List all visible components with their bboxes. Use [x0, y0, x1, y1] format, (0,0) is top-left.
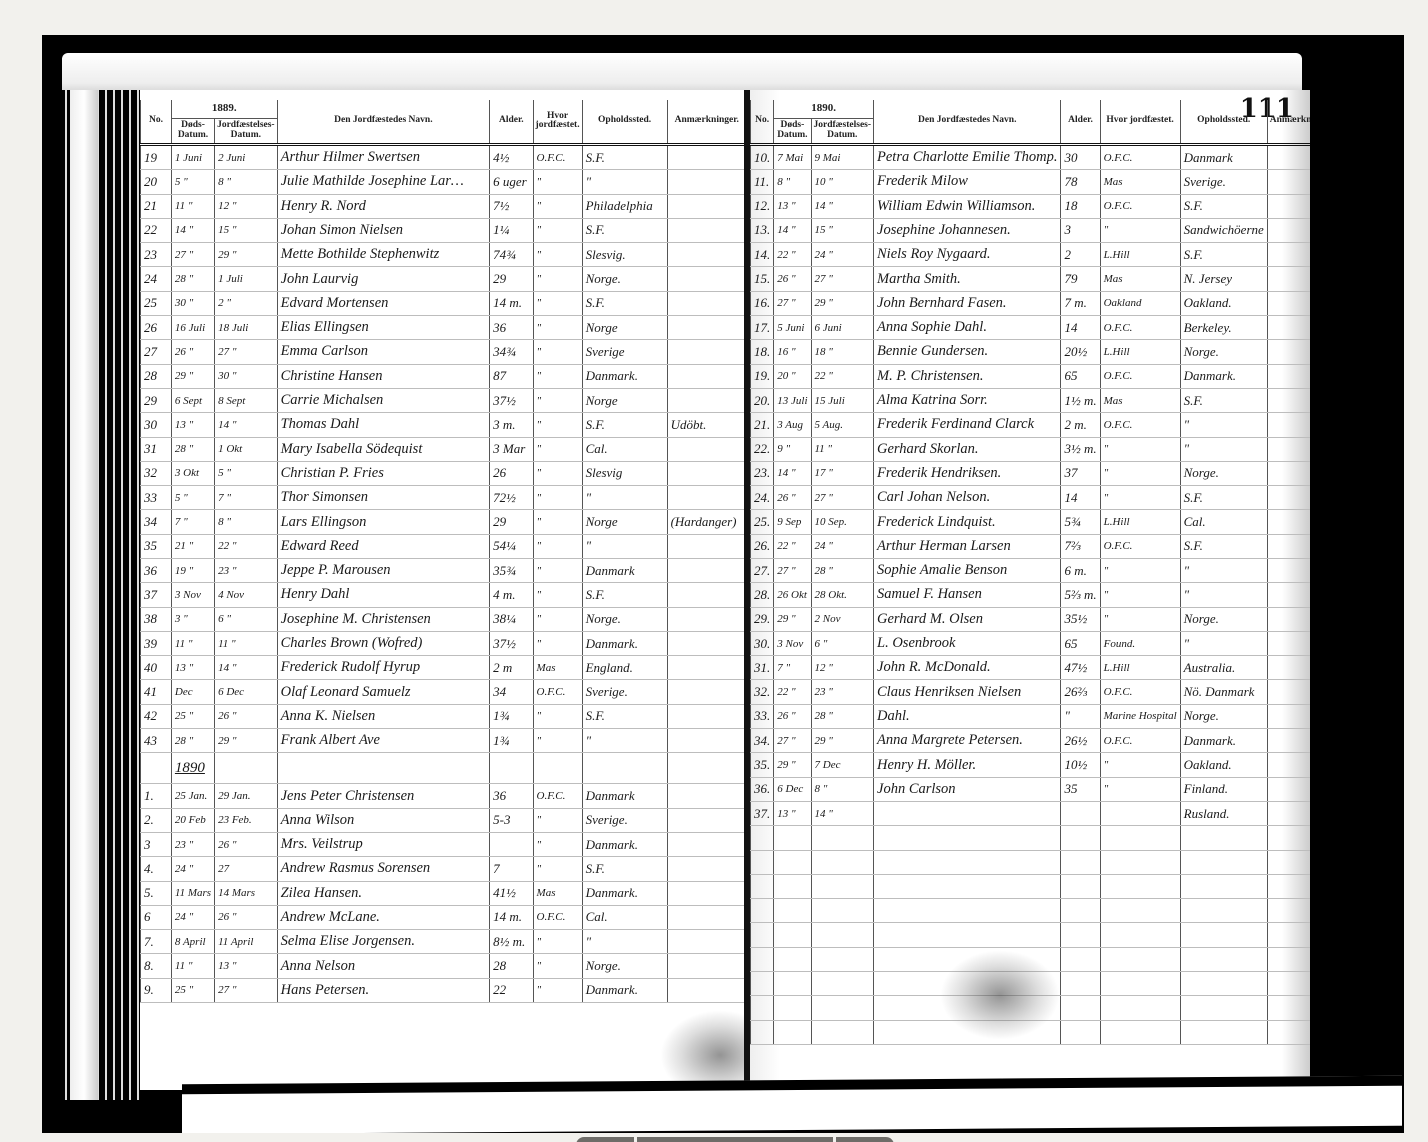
page-indicator[interactable] [637, 1137, 833, 1142]
table-row: 624 "26 "Andrew McLane.14 m.O.F.C.Cal. [141, 905, 747, 929]
death-date-cell: 5 Juni [774, 316, 811, 340]
empty-cell [811, 947, 874, 971]
deceased-name-cell: John Carlson [874, 777, 1061, 801]
row-no-cell: 9. [141, 978, 172, 1002]
empty-cell [751, 899, 774, 923]
empty-cell [774, 972, 811, 996]
empty-cell [1061, 947, 1100, 971]
remarks-cell [667, 704, 746, 728]
deceased-name-cell: Niels Roy Nygaard. [874, 243, 1061, 267]
empty-cell [811, 972, 874, 996]
residence-cell: " [582, 170, 667, 194]
burial-date-cell: 14 " [215, 413, 278, 437]
age-cell: 3 Mar [490, 437, 533, 461]
residence-cell: Finland. [1180, 777, 1267, 801]
col-dods-datum: Døds-Datum. [774, 119, 811, 145]
empty-cell [1180, 996, 1267, 1020]
age-cell: 3 m. [490, 413, 533, 437]
row-no-cell: 38 [141, 607, 172, 631]
empty-cell [811, 899, 874, 923]
death-date-cell: 14 " [171, 218, 214, 242]
deceased-name-cell: Anna Wilson [277, 808, 490, 832]
residence-cell: S.F. [1180, 486, 1267, 510]
death-date-cell: 6 Sept [171, 388, 214, 412]
table-row: 373 Nov4 NovHenry Dahl4 m."S.F. [141, 583, 747, 607]
row-no-cell: 20. [751, 388, 774, 412]
row-no-cell: 35. [751, 753, 774, 777]
empty-cell [1061, 972, 1100, 996]
row-no-cell: 17. [751, 316, 774, 340]
burial-date-cell: 8 Sept [215, 388, 278, 412]
register-table-left: No. 1889. Den Jordfæstedes Navn. Alder. … [140, 100, 746, 1003]
burial-date-cell: 10 " [811, 170, 874, 194]
death-date-cell: 24 " [171, 905, 214, 929]
residence-cell: Norge. [582, 267, 667, 291]
deceased-name-cell: Petra Charlotte Emilie Thomp. [874, 144, 1061, 169]
deceased-name-cell: Christine Hansen [277, 364, 490, 388]
remarks-cell [667, 631, 746, 655]
death-date-cell: 16 " [774, 340, 811, 364]
burial-date-cell: 23 " [811, 680, 874, 704]
burial-place-cell: O.F.C. [1100, 316, 1180, 340]
residence-cell: S.F. [582, 413, 667, 437]
register-table-right: No. 1890. Den Jordfæstedes Navn. Alder. … [750, 100, 1310, 1045]
deceased-name-cell: Edvard Mortensen [277, 291, 490, 315]
remarks-cell [667, 437, 746, 461]
death-date-cell: 29 " [774, 607, 811, 631]
deceased-name-cell: Anna Nelson [277, 954, 490, 978]
col-no: No. [141, 100, 172, 144]
burial-place-cell: O.F.C. [1100, 144, 1180, 169]
col-anm: Anmærkninger. [667, 100, 746, 144]
empty-cell [277, 753, 490, 784]
death-date-cell: 8 " [774, 170, 811, 194]
remarks-cell [1267, 170, 1310, 194]
age-cell: 79 [1061, 267, 1100, 291]
row-no-cell: 10. [751, 144, 774, 169]
burial-place-cell: " [1100, 437, 1180, 461]
residence-cell: S.F. [582, 583, 667, 607]
burial-place-cell: " [1100, 753, 1180, 777]
empty-cell [874, 874, 1061, 898]
residence-cell: S.F. [1180, 243, 1267, 267]
burial-place-cell: " [1100, 777, 1180, 801]
remarks-cell [667, 558, 746, 582]
burial-date-cell: 27 " [811, 486, 874, 510]
burial-place-cell: O.F.C. [1100, 680, 1180, 704]
residence-cell: Cal. [1180, 510, 1267, 534]
table-row: 23.14 "17 "Frederik Hendriksen.37"Norge. [751, 461, 1311, 485]
deceased-name-cell [874, 801, 1061, 825]
age-cell: 74¾ [490, 243, 533, 267]
deceased-name-cell: Selma Elise Jorgensen. [277, 930, 490, 954]
death-date-cell: 26 " [774, 486, 811, 510]
burial-place-cell: Mas [1100, 267, 1180, 291]
death-date-cell: 9 Sep [774, 510, 811, 534]
table-row: 3619 "23 "Jeppe P. Marousen35¾"Danmark [141, 558, 747, 582]
table-row: 4328 "29 "Frank Albert Ave1¾"" [141, 729, 747, 753]
document-viewer[interactable]: No. 1889. Den Jordfæstedes Navn. Alder. … [42, 35, 1404, 1133]
remarks-cell [667, 291, 746, 315]
remarks-cell [667, 729, 746, 753]
residence-cell: Australia. [1180, 656, 1267, 680]
residence-cell: Philadelphia [582, 194, 667, 218]
row-no-cell: 8. [141, 954, 172, 978]
right-page: 111 No. 1890. Den Jordfæstedes Navn. Ald… [750, 90, 1310, 1090]
death-date-cell: 23 " [171, 832, 214, 856]
burial-place-cell: " [533, 364, 582, 388]
burial-place-cell: " [533, 704, 582, 728]
table-row: 347 "8 "Lars Ellingson29"Norge(Hardanger… [141, 510, 747, 534]
table-row: 14.22 "24 "Niels Roy Nygaard.2L.HillS.F. [751, 243, 1311, 267]
book-edge [62, 90, 142, 1100]
row-no-cell: 36 [141, 558, 172, 582]
death-date-cell: 25 Jan. [171, 784, 214, 808]
empty-cell [1100, 996, 1180, 1020]
age-cell: 14 [1061, 316, 1100, 340]
burial-date-cell: 12 " [215, 194, 278, 218]
death-date-cell: 13 " [774, 801, 811, 825]
table-row: 33.26 "28 "Dahl."Marine HospitalNorge. [751, 704, 1311, 728]
row-no-cell: 29. [751, 607, 774, 631]
residence-cell: Danmark. [582, 881, 667, 905]
burial-date-cell: 12 " [811, 656, 874, 680]
residence-cell: Danmark. [582, 832, 667, 856]
empty-cell [811, 1020, 874, 1044]
deceased-name-cell: Zilea Hansen. [277, 881, 490, 905]
table-row: 20.13 Juli15 JuliAlma Katrina Sorr.1½ m.… [751, 388, 1311, 412]
burial-place-cell: L.Hill [1100, 656, 1180, 680]
death-date-cell: 11 " [171, 194, 214, 218]
death-date-cell: 3 " [171, 607, 214, 631]
remarks-cell [667, 583, 746, 607]
residence-cell: Danmark. [1180, 364, 1267, 388]
death-date-cell: 25 " [171, 704, 214, 728]
empty-cell [774, 874, 811, 898]
death-date-cell: 14 " [774, 218, 811, 242]
age-cell: 4½ [490, 144, 533, 169]
death-date-cell: 29 " [774, 753, 811, 777]
death-date-cell: 25 " [171, 978, 214, 1002]
deceased-name-cell: Anna K. Nielsen [277, 704, 490, 728]
remarks-cell [667, 656, 746, 680]
death-date-cell: 5 " [171, 170, 214, 194]
empty-cell [1061, 899, 1100, 923]
death-date-cell: 13 " [774, 194, 811, 218]
remarks-cell [1267, 461, 1310, 485]
burial-place-cell: Mas [533, 881, 582, 905]
empty-cell [582, 753, 667, 784]
col-name: Den Jordfæstedes Navn. [874, 100, 1061, 144]
burial-date-cell: 15 Juli [811, 388, 874, 412]
empty-cell [1180, 947, 1267, 971]
burial-date-cell: 29 " [811, 729, 874, 753]
age-cell: 28 [490, 954, 533, 978]
row-no-cell: 12. [751, 194, 774, 218]
empty-cell [1100, 972, 1180, 996]
deceased-name-cell: Frank Albert Ave [277, 729, 490, 753]
remarks-cell [667, 680, 746, 704]
empty-row [751, 874, 1311, 898]
empty-cell [1267, 1020, 1310, 1044]
remarks-cell [667, 461, 746, 485]
row-no-cell: 24 [141, 267, 172, 291]
burial-place-cell: " [533, 316, 582, 340]
burial-date-cell: 29 " [215, 729, 278, 753]
burial-place-cell: " [533, 340, 582, 364]
death-date-cell: 20 " [774, 364, 811, 388]
burial-date-cell: 22 " [215, 534, 278, 558]
residence-cell: Rusland. [1180, 801, 1267, 825]
death-date-cell: 7 Mai [774, 144, 811, 169]
residence-cell: Cal. [582, 437, 667, 461]
residence-cell: " [582, 534, 667, 558]
age-cell: 30 [1061, 144, 1100, 169]
age-cell: 65 [1061, 631, 1100, 655]
row-no-cell: 42 [141, 704, 172, 728]
table-row: 4225 "26 "Anna K. Nielsen1¾"S.F. [141, 704, 747, 728]
death-date-cell: 13 " [171, 656, 214, 680]
deceased-name-cell: Frederik Milow [874, 170, 1061, 194]
year-divider: 1890 [171, 753, 214, 784]
burial-date-cell: 28 Okt. [811, 583, 874, 607]
burial-place-cell: " [533, 437, 582, 461]
empty-cell [751, 947, 774, 971]
table-row: 27.27 "28 "Sophie Amalie Benson6 m."" [751, 558, 1311, 582]
row-no-cell: 11. [751, 170, 774, 194]
row-no-cell: 27 [141, 340, 172, 364]
table-row: 8.11 "13 "Anna Nelson28"Norge. [141, 954, 747, 978]
row-no-cell: 3 [141, 832, 172, 856]
table-row: 3013 "14 "Thomas Dahl3 m."S.F.Udöbt. [141, 413, 747, 437]
age-cell: 1½ m. [1061, 388, 1100, 412]
age-cell: 29 [490, 267, 533, 291]
burial-place-cell: " [533, 607, 582, 631]
remarks-cell [667, 340, 746, 364]
col-hvor: Hvor jordfæstet. [533, 100, 582, 144]
scan-bottom-edge [182, 1076, 1402, 1133]
death-date-cell: Dec [171, 680, 214, 704]
remarks-cell [1267, 194, 1310, 218]
col-anm: Anmærkninger. [1267, 100, 1310, 144]
row-no-cell: 28. [751, 583, 774, 607]
row-no-cell: 20 [141, 170, 172, 194]
empty-cell [811, 826, 874, 850]
burial-place-cell: L.Hill [1100, 510, 1180, 534]
empty-cell [1061, 874, 1100, 898]
age-cell: 41½ [490, 881, 533, 905]
empty-cell [1267, 972, 1310, 996]
table-row: 28.26 Okt28 Okt.Samuel F. Hansen5⅔ m."" [751, 583, 1311, 607]
burial-place-cell: " [533, 243, 582, 267]
age-cell: 26½ [1061, 729, 1100, 753]
death-date-cell: 24 " [171, 857, 214, 881]
remarks-cell [667, 267, 746, 291]
row-no-cell: 29 [141, 388, 172, 412]
empty-cell [774, 826, 811, 850]
empty-cell [1267, 899, 1310, 923]
table-row: 296 Sept8 SeptCarrie Michalsen37½"Norge [141, 388, 747, 412]
deceased-name-cell: Olaf Leonard Samuelz [277, 680, 490, 704]
table-row: 10.7 Mai9 MaiPetra Charlotte Emilie Thom… [751, 144, 1311, 169]
empty-cell [874, 899, 1061, 923]
age-cell: 6 m. [1061, 558, 1100, 582]
residence-cell: Danmark. [582, 978, 667, 1002]
remarks-cell [667, 534, 746, 558]
prev-page-button[interactable] [576, 1137, 634, 1142]
empty-cell [751, 972, 774, 996]
residence-cell: Slesvig. [582, 243, 667, 267]
residence-cell: Norge. [582, 954, 667, 978]
row-no-cell: 41 [141, 680, 172, 704]
deceased-name-cell: Mary Isabella Södequist [277, 437, 490, 461]
remarks-cell [1267, 558, 1310, 582]
burial-date-cell: 2 Nov [811, 607, 874, 631]
residence-cell: Danmark. [582, 364, 667, 388]
deceased-name-cell: L. Osenbrook [874, 631, 1061, 655]
table-row: 2327 "29 "Mette Bothilde Stephenwitz74¾"… [141, 243, 747, 267]
age-cell: 47½ [1061, 656, 1100, 680]
row-no-cell: 37. [751, 801, 774, 825]
deceased-name-cell: Martha Smith. [874, 267, 1061, 291]
empty-cell [215, 753, 278, 784]
age-cell: 35½ [1061, 607, 1100, 631]
residence-cell: " [1180, 558, 1267, 582]
age-cell: 78 [1061, 170, 1100, 194]
row-no-cell: 23 [141, 243, 172, 267]
deceased-name-cell: Jens Peter Christensen [277, 784, 490, 808]
table-row: 21.3 Aug5 Aug.Frederik Ferdinand Clarck2… [751, 413, 1311, 437]
burial-place-cell: Oakland [1100, 291, 1180, 315]
death-date-cell: 3 Nov [171, 583, 214, 607]
row-no-cell: 43 [141, 729, 172, 753]
remarks-cell [667, 486, 746, 510]
age-cell: 38¼ [490, 607, 533, 631]
death-date-cell: 1 Juni [171, 144, 214, 169]
empty-cell [1267, 996, 1310, 1020]
age-cell: 20½ [1061, 340, 1100, 364]
col-jord-datum: Jordfæstelses-Datum. [811, 119, 874, 145]
residence-cell: Sverige. [582, 808, 667, 832]
death-date-cell: 11 " [171, 631, 214, 655]
age-cell: 2 m [490, 656, 533, 680]
remarks-cell [667, 905, 746, 929]
residence-cell: Cal. [582, 905, 667, 929]
death-date-cell: 11 Mars [171, 881, 214, 905]
empty-cell [1180, 826, 1267, 850]
burial-place-cell: " [533, 486, 582, 510]
remarks-cell [667, 607, 746, 631]
residence-cell: S.F. [582, 857, 667, 881]
deceased-name-cell: Bennie Gundersen. [874, 340, 1061, 364]
deceased-name-cell: Henry R. Nord [277, 194, 490, 218]
table-row: 191 Juni2 JuniArthur Hilmer Swertsen4½O.… [141, 144, 747, 169]
empty-cell [1061, 850, 1100, 874]
death-date-cell: 27 " [171, 243, 214, 267]
table-row: 12.13 "14 "William Edwin Williamson.18O.… [751, 194, 1311, 218]
age-cell: 72½ [490, 486, 533, 510]
row-no-cell: 5. [141, 881, 172, 905]
row-no-cell: 23. [751, 461, 774, 485]
viewer-toolbar [576, 1137, 894, 1142]
residence-cell: " [1180, 631, 1267, 655]
burial-date-cell: 15 " [811, 218, 874, 242]
burial-date-cell: 1 Juli [215, 267, 278, 291]
burial-place-cell: " [533, 534, 582, 558]
age-cell: 22 [490, 978, 533, 1002]
remarks-cell [1267, 656, 1310, 680]
table-row: 13.14 "15 "Josephine Johannesen.3"Sandwi… [751, 218, 1311, 242]
burial-date-cell: 18 Juli [215, 316, 278, 340]
burial-date-cell: 2 Juni [215, 144, 278, 169]
residence-cell: Sandwichöerne [1180, 218, 1267, 242]
residence-cell: Berkeley. [1180, 316, 1267, 340]
burial-place-cell: " [533, 510, 582, 534]
residence-cell: Nö. Danmark [1180, 680, 1267, 704]
empty-row [751, 826, 1311, 850]
table-row: 3911 "11 "Charles Brown (Wofred)37½"Danm… [141, 631, 747, 655]
burial-place-cell: " [533, 583, 582, 607]
burial-place-cell: O.F.C. [1100, 534, 1180, 558]
age-cell: 1¼ [490, 218, 533, 242]
row-no-cell: 25 [141, 291, 172, 315]
next-page-button[interactable] [836, 1137, 894, 1142]
remarks-cell [1267, 753, 1310, 777]
deceased-name-cell: Anna Sophie Dahl. [874, 316, 1061, 340]
burial-date-cell: 28 " [811, 704, 874, 728]
remarks-cell [667, 243, 746, 267]
remarks-cell [1267, 267, 1310, 291]
burial-date-cell: 26 " [215, 905, 278, 929]
row-no-cell: 30. [751, 631, 774, 655]
table-row: 4013 "14 "Frederick Rudolf Hyrup2 mMasEn… [141, 656, 747, 680]
burial-place-cell: " [1100, 607, 1180, 631]
row-no-cell: 24. [751, 486, 774, 510]
remarks-cell [1267, 486, 1310, 510]
burial-date-cell: 27 " [215, 978, 278, 1002]
empty-cell [533, 753, 582, 784]
death-date-cell: 27 " [774, 291, 811, 315]
col-dods-datum: Døds-Datum. [171, 119, 214, 145]
deceased-name-cell: William Edwin Williamson. [874, 194, 1061, 218]
remarks-cell [1267, 218, 1310, 242]
death-date-cell: 20 Feb [171, 808, 214, 832]
age-cell: 18 [1061, 194, 1100, 218]
row-no-cell: 40 [141, 656, 172, 680]
row-no-cell: 36. [751, 777, 774, 801]
empty-row [751, 923, 1311, 947]
death-date-cell: 7 " [774, 656, 811, 680]
death-date-cell: 14 " [774, 461, 811, 485]
death-date-cell: 3 Okt [171, 461, 214, 485]
empty-cell [1061, 996, 1100, 1020]
death-date-cell: 3 Aug [774, 413, 811, 437]
deceased-name-cell: John R. McDonald. [874, 656, 1061, 680]
burial-place-cell: " [1100, 461, 1180, 485]
remarks-cell: Udöbt. [667, 413, 746, 437]
age-cell: 7 [490, 857, 533, 881]
empty-cell [1100, 899, 1180, 923]
deceased-name-cell: Anna Margrete Petersen. [874, 729, 1061, 753]
empty-cell [1061, 1020, 1100, 1044]
table-row: 4.24 "27Andrew Rasmus Sorensen7"S.F. [141, 857, 747, 881]
remarks-cell [1267, 510, 1310, 534]
table-row: 5.11 Mars14 MarsZilea Hansen.41½MasDanma… [141, 881, 747, 905]
empty-cell [874, 826, 1061, 850]
deceased-name-cell: Christian P. Fries [277, 461, 490, 485]
age-cell: 2 m. [1061, 413, 1100, 437]
burial-place-cell: O.F.C. [533, 144, 582, 169]
